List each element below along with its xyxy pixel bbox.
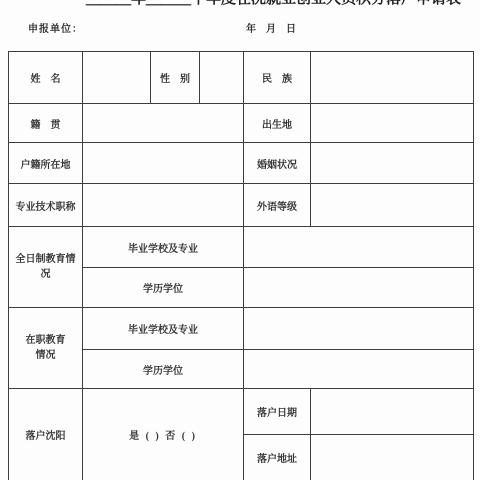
- fulltime-degree-value-cell: [244, 268, 474, 308]
- table-row-name: 姓 名 性 别 民 族: [9, 52, 474, 104]
- marital-status-label-cell: 婚姻状况: [244, 143, 311, 184]
- professional-title-value-cell: [83, 184, 244, 227]
- scanned-form-page: ＿＿＿年＿＿＿半年度在沈就业创业人员积分落户申请表 申报单位： 年 月 日 姓 …: [0, 0, 480, 480]
- settle-address-label-cell: 落户地址: [244, 435, 311, 480]
- native-place-value-cell: [83, 104, 244, 143]
- form-title: ＿＿＿年＿＿＿半年度在沈就业创业人员积分落户申请表: [86, 0, 461, 9]
- onjob-school-major-value-cell: [244, 308, 474, 350]
- onjob-school-major-label-cell: 毕业学校及专业: [83, 308, 244, 350]
- professional-title-label-cell: 专业技术职称: [9, 184, 83, 227]
- table-row-settle-date: 落户沈阳 是 ( ) 否 ( ) 落户日期: [9, 389, 474, 435]
- foreign-language-value-cell: [311, 184, 474, 227]
- name-label-cell: 姓 名: [9, 52, 83, 104]
- ethnicity-value-cell: [311, 52, 474, 104]
- application-form-table: 姓 名 性 别 民 族 籍 贯 出生地 户籍所在地 婚姻状况 专业技术职称 外语…: [8, 51, 474, 480]
- settle-date-label-cell: 落户日期: [244, 389, 311, 435]
- foreign-language-label-cell: 外语等级: [244, 184, 311, 227]
- onjob-degree-label-cell: 学历学位: [83, 350, 244, 389]
- gender-value-cell: [200, 52, 244, 104]
- name-value-cell: [83, 52, 151, 104]
- settle-shenyang-label-cell: 落户沈阳: [9, 389, 83, 480]
- settle-yes-no-option-cell: 是 ( ) 否 ( ): [83, 389, 244, 480]
- table-row-household: 户籍所在地 婚姻状况: [9, 143, 474, 184]
- fulltime-degree-label-cell: 学历学位: [83, 268, 244, 308]
- table-row-professional-title: 专业技术职称 外语等级: [9, 184, 474, 227]
- table-row-native-place: 籍 贯 出生地: [9, 104, 474, 143]
- settle-address-value-cell: [311, 435, 474, 480]
- onjob-education-section-label-cell: 在职教育 情况: [9, 308, 83, 389]
- fulltime-school-major-value-cell: [244, 227, 474, 268]
- birthplace-value-cell: [311, 104, 474, 143]
- gender-label-cell: 性 别: [151, 52, 200, 104]
- native-place-label-cell: 籍 贯: [9, 104, 83, 143]
- marital-status-value-cell: [311, 143, 474, 184]
- fulltime-school-major-label-cell: 毕业学校及专业: [83, 227, 244, 268]
- birthplace-label-cell: 出生地: [244, 104, 311, 143]
- onjob-degree-value-cell: [244, 350, 474, 389]
- date-fields-label: 年 月 日: [246, 20, 296, 35]
- fulltime-education-section-label-cell: 全日制教育情 况: [9, 227, 83, 308]
- household-registration-value-cell: [83, 143, 244, 184]
- settle-date-value-cell: [311, 389, 474, 435]
- declaring-unit-label: 申报单位：: [28, 20, 83, 35]
- table-row-fulltime-school: 全日制教育情 况 毕业学校及专业: [9, 227, 474, 268]
- table-row-onjob-school: 在职教育 情况 毕业学校及专业: [9, 308, 474, 350]
- household-registration-label-cell: 户籍所在地: [9, 143, 83, 184]
- ethnicity-label-cell: 民 族: [244, 52, 311, 104]
